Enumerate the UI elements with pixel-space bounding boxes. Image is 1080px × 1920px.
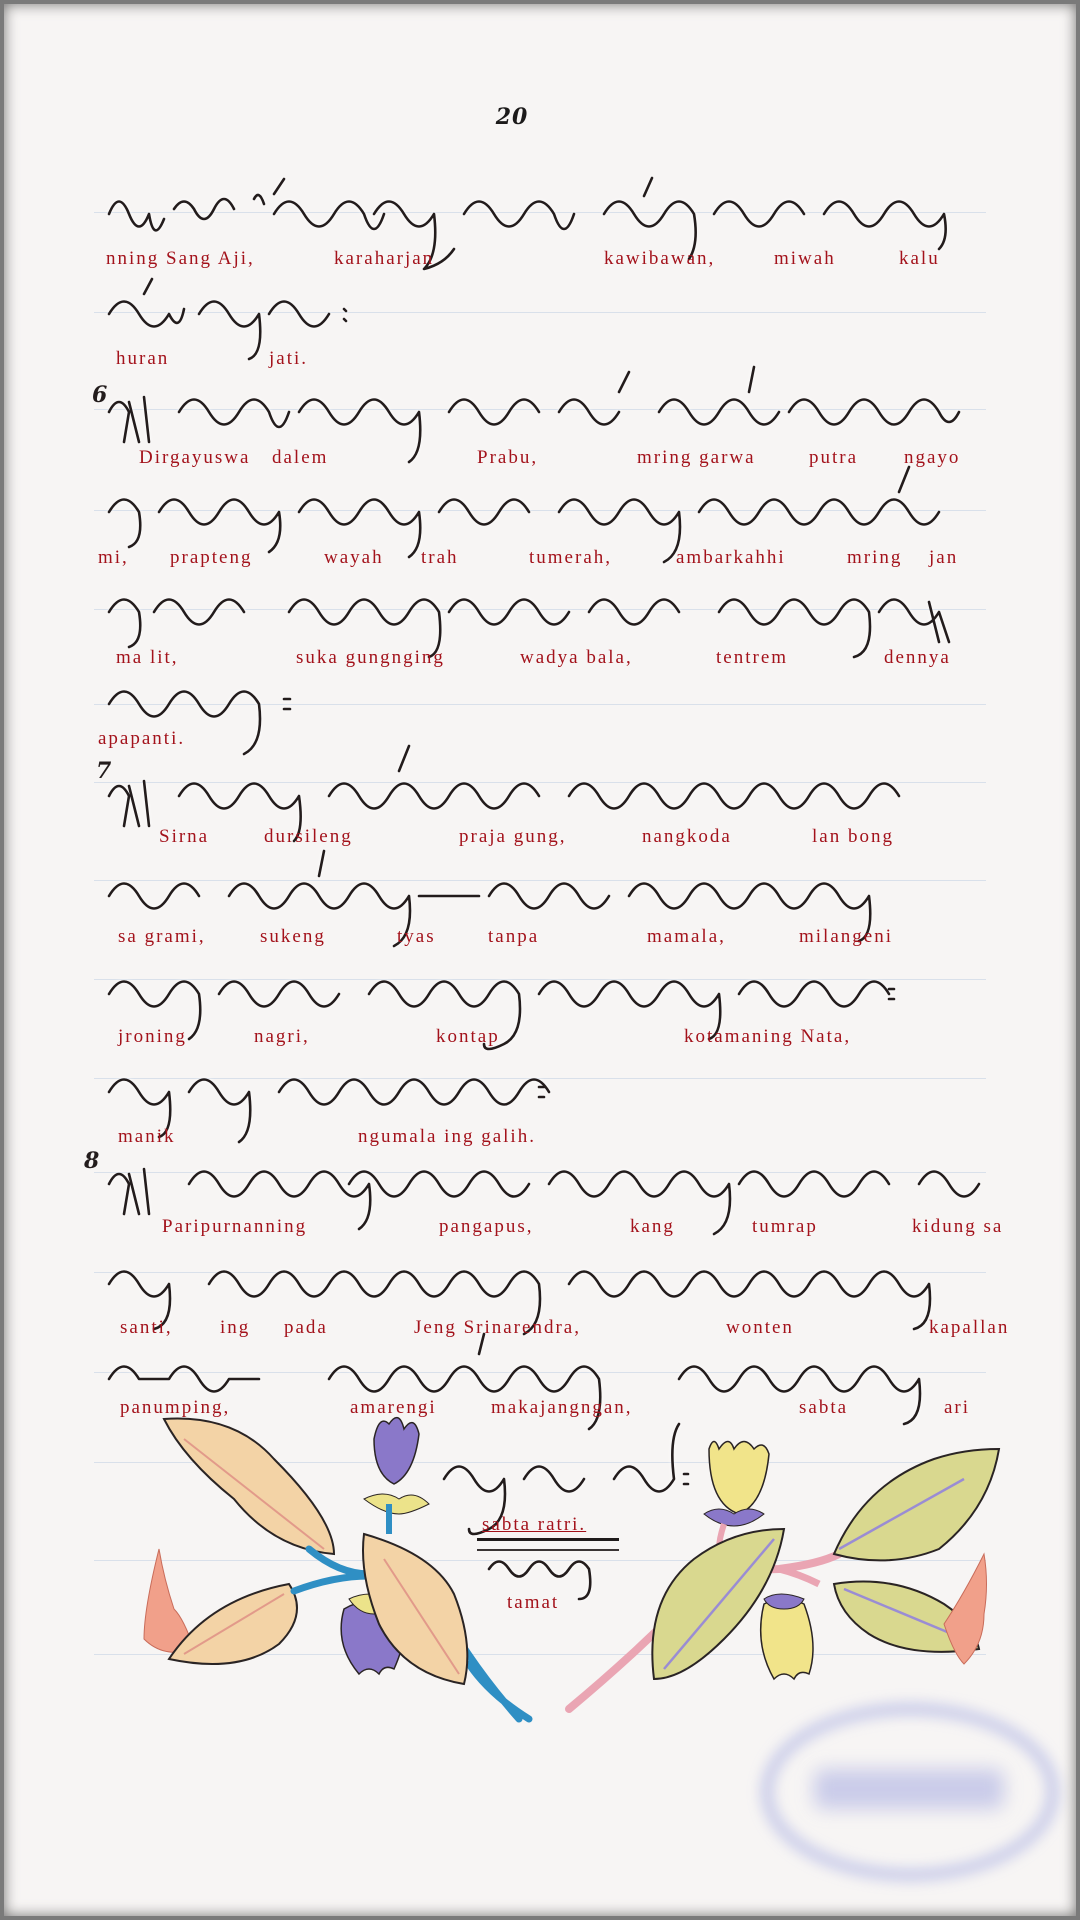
library-stamp-text: [814, 1769, 1004, 1809]
transliteration-word: kapallan: [929, 1317, 1009, 1339]
transliteration-word: wayah: [324, 547, 384, 569]
transliteration-word: tentrem: [716, 647, 788, 669]
transliteration-word: nangkoda: [642, 826, 732, 848]
page-number: 20: [482, 104, 542, 130]
transliteration-word: suka gungnging: [296, 647, 445, 669]
transliteration-word: jan: [929, 547, 958, 569]
transliteration-word: santi,: [120, 1317, 173, 1339]
transliteration-word: ma lit,: [116, 647, 179, 669]
transliteration-word: mamala,: [647, 926, 726, 948]
transliteration-word: Dirgayuswa: [139, 447, 250, 469]
transliteration-word: tumerah,: [529, 547, 612, 569]
transliteration-word: kidung sa: [912, 1216, 1003, 1238]
javanese-script-line: [99, 382, 1034, 452]
transliteration-word: kontap: [436, 1026, 500, 1048]
transliteration-word: kang: [630, 1216, 675, 1238]
transliteration-word: nagri,: [254, 1026, 310, 1048]
transliteration-word: Prabu,: [477, 447, 538, 469]
verse-number: 6: [92, 382, 107, 408]
transliteration-word: jroning: [118, 1026, 187, 1048]
javanese-script-line: [99, 482, 1034, 552]
transliteration-word: mring garwa: [637, 447, 756, 469]
transliteration-word: praja gung,: [459, 826, 566, 848]
transliteration-word: lan bong: [812, 826, 894, 848]
transliteration-word: wadya bala,: [520, 647, 633, 669]
transliteration-word: milangeni: [799, 926, 893, 948]
transliteration-word: Sirna: [159, 826, 209, 848]
transliteration-word: karaharjan: [334, 248, 434, 270]
floral-illustration-right: [544, 1429, 1004, 1729]
manuscript-page: 20 6 7 8: [4, 4, 1076, 1916]
transliteration-word: sabta: [799, 1397, 848, 1419]
transliteration-word: ambarkahhi: [676, 547, 786, 569]
transliteration-word: Jeng Srinarendra,: [414, 1317, 581, 1339]
javanese-script-line: [99, 582, 999, 652]
javanese-script-line: [99, 964, 989, 1034]
transliteration-word: Paripurnanning: [162, 1216, 307, 1238]
transliteration-word: ngayo: [904, 447, 960, 469]
transliteration-word: putra: [809, 447, 858, 469]
javanese-script-line: [104, 184, 1024, 254]
transliteration-word: apapanti.: [98, 728, 185, 750]
transliteration-word: wonten: [726, 1317, 794, 1339]
transliteration-word: ngumala ing galih.: [358, 1126, 536, 1148]
transliteration-word: ing: [220, 1317, 250, 1339]
transliteration-word: kawibawan,: [604, 248, 715, 270]
transliteration-word: pangapus,: [439, 1216, 534, 1238]
transliteration-word: tanpa: [488, 926, 539, 948]
transliteration-word: jati.: [269, 348, 308, 370]
javanese-script-line: [99, 1062, 579, 1132]
transliteration-word: miwah: [774, 248, 836, 270]
transliteration-word: prapteng: [170, 547, 252, 569]
transliteration-word: tumrap: [752, 1216, 818, 1238]
transliteration-word: mi,: [98, 547, 129, 569]
verse-number: 8: [84, 1148, 99, 1174]
verse-number: 7: [96, 758, 111, 784]
transliteration-word: huran: [116, 348, 169, 370]
transliteration-word: manik: [118, 1126, 176, 1148]
javanese-script-line: [99, 1254, 1019, 1324]
transliteration-word: nning Sang Aji,: [106, 248, 255, 270]
transliteration-word: pada: [284, 1317, 328, 1339]
javanese-script-line: [104, 284, 354, 354]
transliteration-word: dennya: [884, 647, 951, 669]
transliteration-word: trah: [421, 547, 459, 569]
transliteration-word: sukeng: [260, 926, 326, 948]
transliteration-word: dursileng: [264, 826, 353, 848]
transliteration-word: mring: [847, 547, 902, 569]
floral-illustration-left: [124, 1409, 574, 1729]
transliteration-word: ari: [944, 1397, 970, 1419]
javanese-script-line: [89, 1154, 1004, 1224]
transliteration-word: kotamaning Nata,: [684, 1026, 851, 1048]
transliteration-word: kalu: [899, 248, 940, 270]
transliteration-word: sa grami,: [118, 926, 206, 948]
transliteration-word: dalem: [272, 447, 328, 469]
transliteration-word: tyas: [397, 926, 436, 948]
